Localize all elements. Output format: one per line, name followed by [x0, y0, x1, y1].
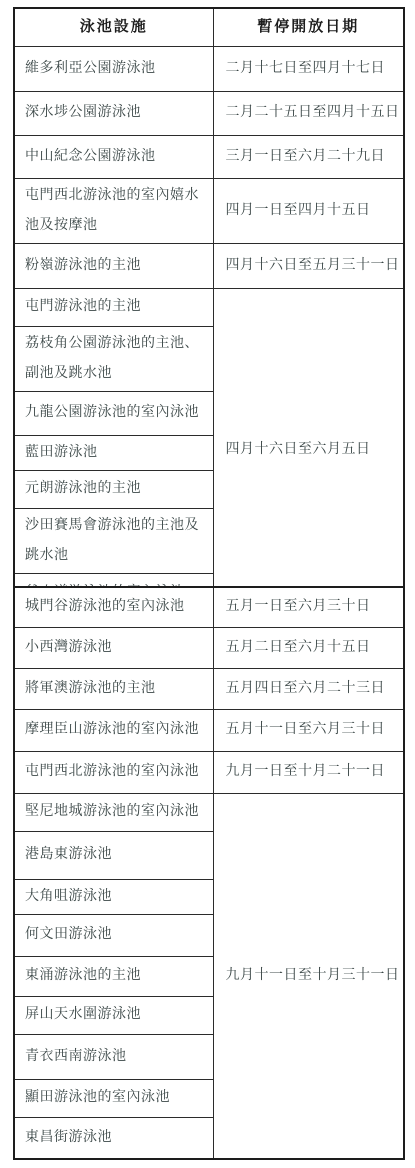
- table-row: 城門谷游泳池的室內泳池 五月一日至六月三十日: [14, 587, 404, 627]
- facility-cell: 深水埗公園游泳池: [14, 91, 213, 135]
- table-row: 中山紀念公園游泳池 三月一日至六月二十九日: [14, 135, 404, 178]
- facility-cell: 粉嶺游泳池的主池: [14, 243, 213, 288]
- facility-cell: 沙田賽馬會游泳池的主池及跳水池: [14, 508, 213, 573]
- facility-cell: 九龍公園游泳池的室內泳池: [14, 391, 213, 435]
- facility-cell: 何文田游泳池: [14, 914, 213, 956]
- facility-cell: 青衣西南游泳池: [14, 1034, 213, 1079]
- table-header-row: 泳池設施 暫停開放日期: [14, 8, 404, 46]
- table-row: 深水埗公園游泳池 二月二十五日至四月十五日: [14, 91, 404, 135]
- facility-cell: 元朗游泳池的主池: [14, 470, 213, 508]
- table-row: 屯門西北游泳池的室內泳池 九月一日至十月二十一日: [14, 751, 404, 793]
- facility-cell: 將軍澳游泳池的主池: [14, 668, 213, 709]
- pool-suspension-table-2: 城門谷游泳池的室內泳池 五月一日至六月三十日 小西灣游泳池 五月二日至六月十五日…: [13, 586, 405, 1160]
- column-header-facility: 泳池設施: [14, 8, 213, 46]
- facility-cell: 小西灣游泳池: [14, 627, 213, 668]
- facility-cell: 港島東游泳池: [14, 831, 213, 879]
- dates-cell: 五月一日至六月三十日: [213, 587, 404, 627]
- table-row: 將軍澳游泳池的主池 五月四日至六月二十三日: [14, 668, 404, 709]
- merged-dates-cell: 四月十六日至六月五日: [213, 288, 404, 613]
- facility-cell: 維多利亞公園游泳池: [14, 46, 213, 91]
- facility-cell: 城門谷游泳池的室內泳池: [14, 587, 213, 627]
- table-row: 堅尼地城游泳池的室內泳池 九月十一日至十月三十一日: [14, 793, 404, 831]
- facility-cell: 中山紀念公園游泳池: [14, 135, 213, 178]
- table-row: 粉嶺游泳池的主池 四月十六日至五月三十一日: [14, 243, 404, 288]
- dates-cell: 二月十七日至四月十七日: [213, 46, 404, 91]
- facility-cell: 屯門西北游泳池的室內泳池: [14, 751, 213, 793]
- table-row: 維多利亞公園游泳池 二月十七日至四月十七日: [14, 46, 404, 91]
- facility-cell: 屯門西北游泳池的室內嬉水池及按摩池: [14, 178, 213, 243]
- document-page: 泳池設施 暫停開放日期 維多利亞公園游泳池 二月十七日至四月十七日 深水埗公園游…: [0, 0, 415, 1168]
- table-row: 屯門西北游泳池的室內嬉水池及按摩池 四月一日至四月十五日: [14, 178, 404, 243]
- facility-cell: 荔枝角公園游泳池的主池、副池及跳水池: [14, 326, 213, 391]
- facility-cell: 堅尼地城游泳池的室內泳池: [14, 793, 213, 831]
- dates-cell: 九月一日至十月二十一日: [213, 751, 404, 793]
- dates-cell: 三月一日至六月二十九日: [213, 135, 404, 178]
- facility-cell: 屯門游泳池的主池: [14, 288, 213, 326]
- facility-cell: 大角咀游泳池: [14, 879, 213, 914]
- dates-cell: 五月二日至六月十五日: [213, 627, 404, 668]
- table-row: 屯門游泳池的主池 四月十六日至六月五日: [14, 288, 404, 326]
- column-header-dates: 暫停開放日期: [213, 8, 404, 46]
- facility-cell: 東涌游泳池的主池: [14, 956, 213, 996]
- facility-cell: 東昌街游泳池: [14, 1117, 213, 1159]
- table-row: 摩理臣山游泳池的室內泳池 五月十一日至六月三十日: [14, 709, 404, 751]
- dates-cell: 五月四日至六月二十三日: [213, 668, 404, 709]
- table-row: 小西灣游泳池 五月二日至六月十五日: [14, 627, 404, 668]
- dates-cell: 四月十六日至五月三十一日: [213, 243, 404, 288]
- merged-dates-cell: 九月十一日至十月三十一日: [213, 793, 404, 1159]
- facility-cell: 屏山天水圍游泳池: [14, 996, 213, 1034]
- dates-cell: 五月十一日至六月三十日: [213, 709, 404, 751]
- pool-suspension-table-1: 泳池設施 暫停開放日期 維多利亞公園游泳池 二月十七日至四月十七日 深水埗公園游…: [13, 7, 405, 614]
- facility-cell: 摩理臣山游泳池的室內泳池: [14, 709, 213, 751]
- dates-cell: 二月二十五日至四月十五日: [213, 91, 404, 135]
- facility-cell: 顯田游泳池的室內泳池: [14, 1079, 213, 1117]
- dates-cell: 四月一日至四月十五日: [213, 178, 404, 243]
- facility-cell: 藍田游泳池: [14, 435, 213, 470]
